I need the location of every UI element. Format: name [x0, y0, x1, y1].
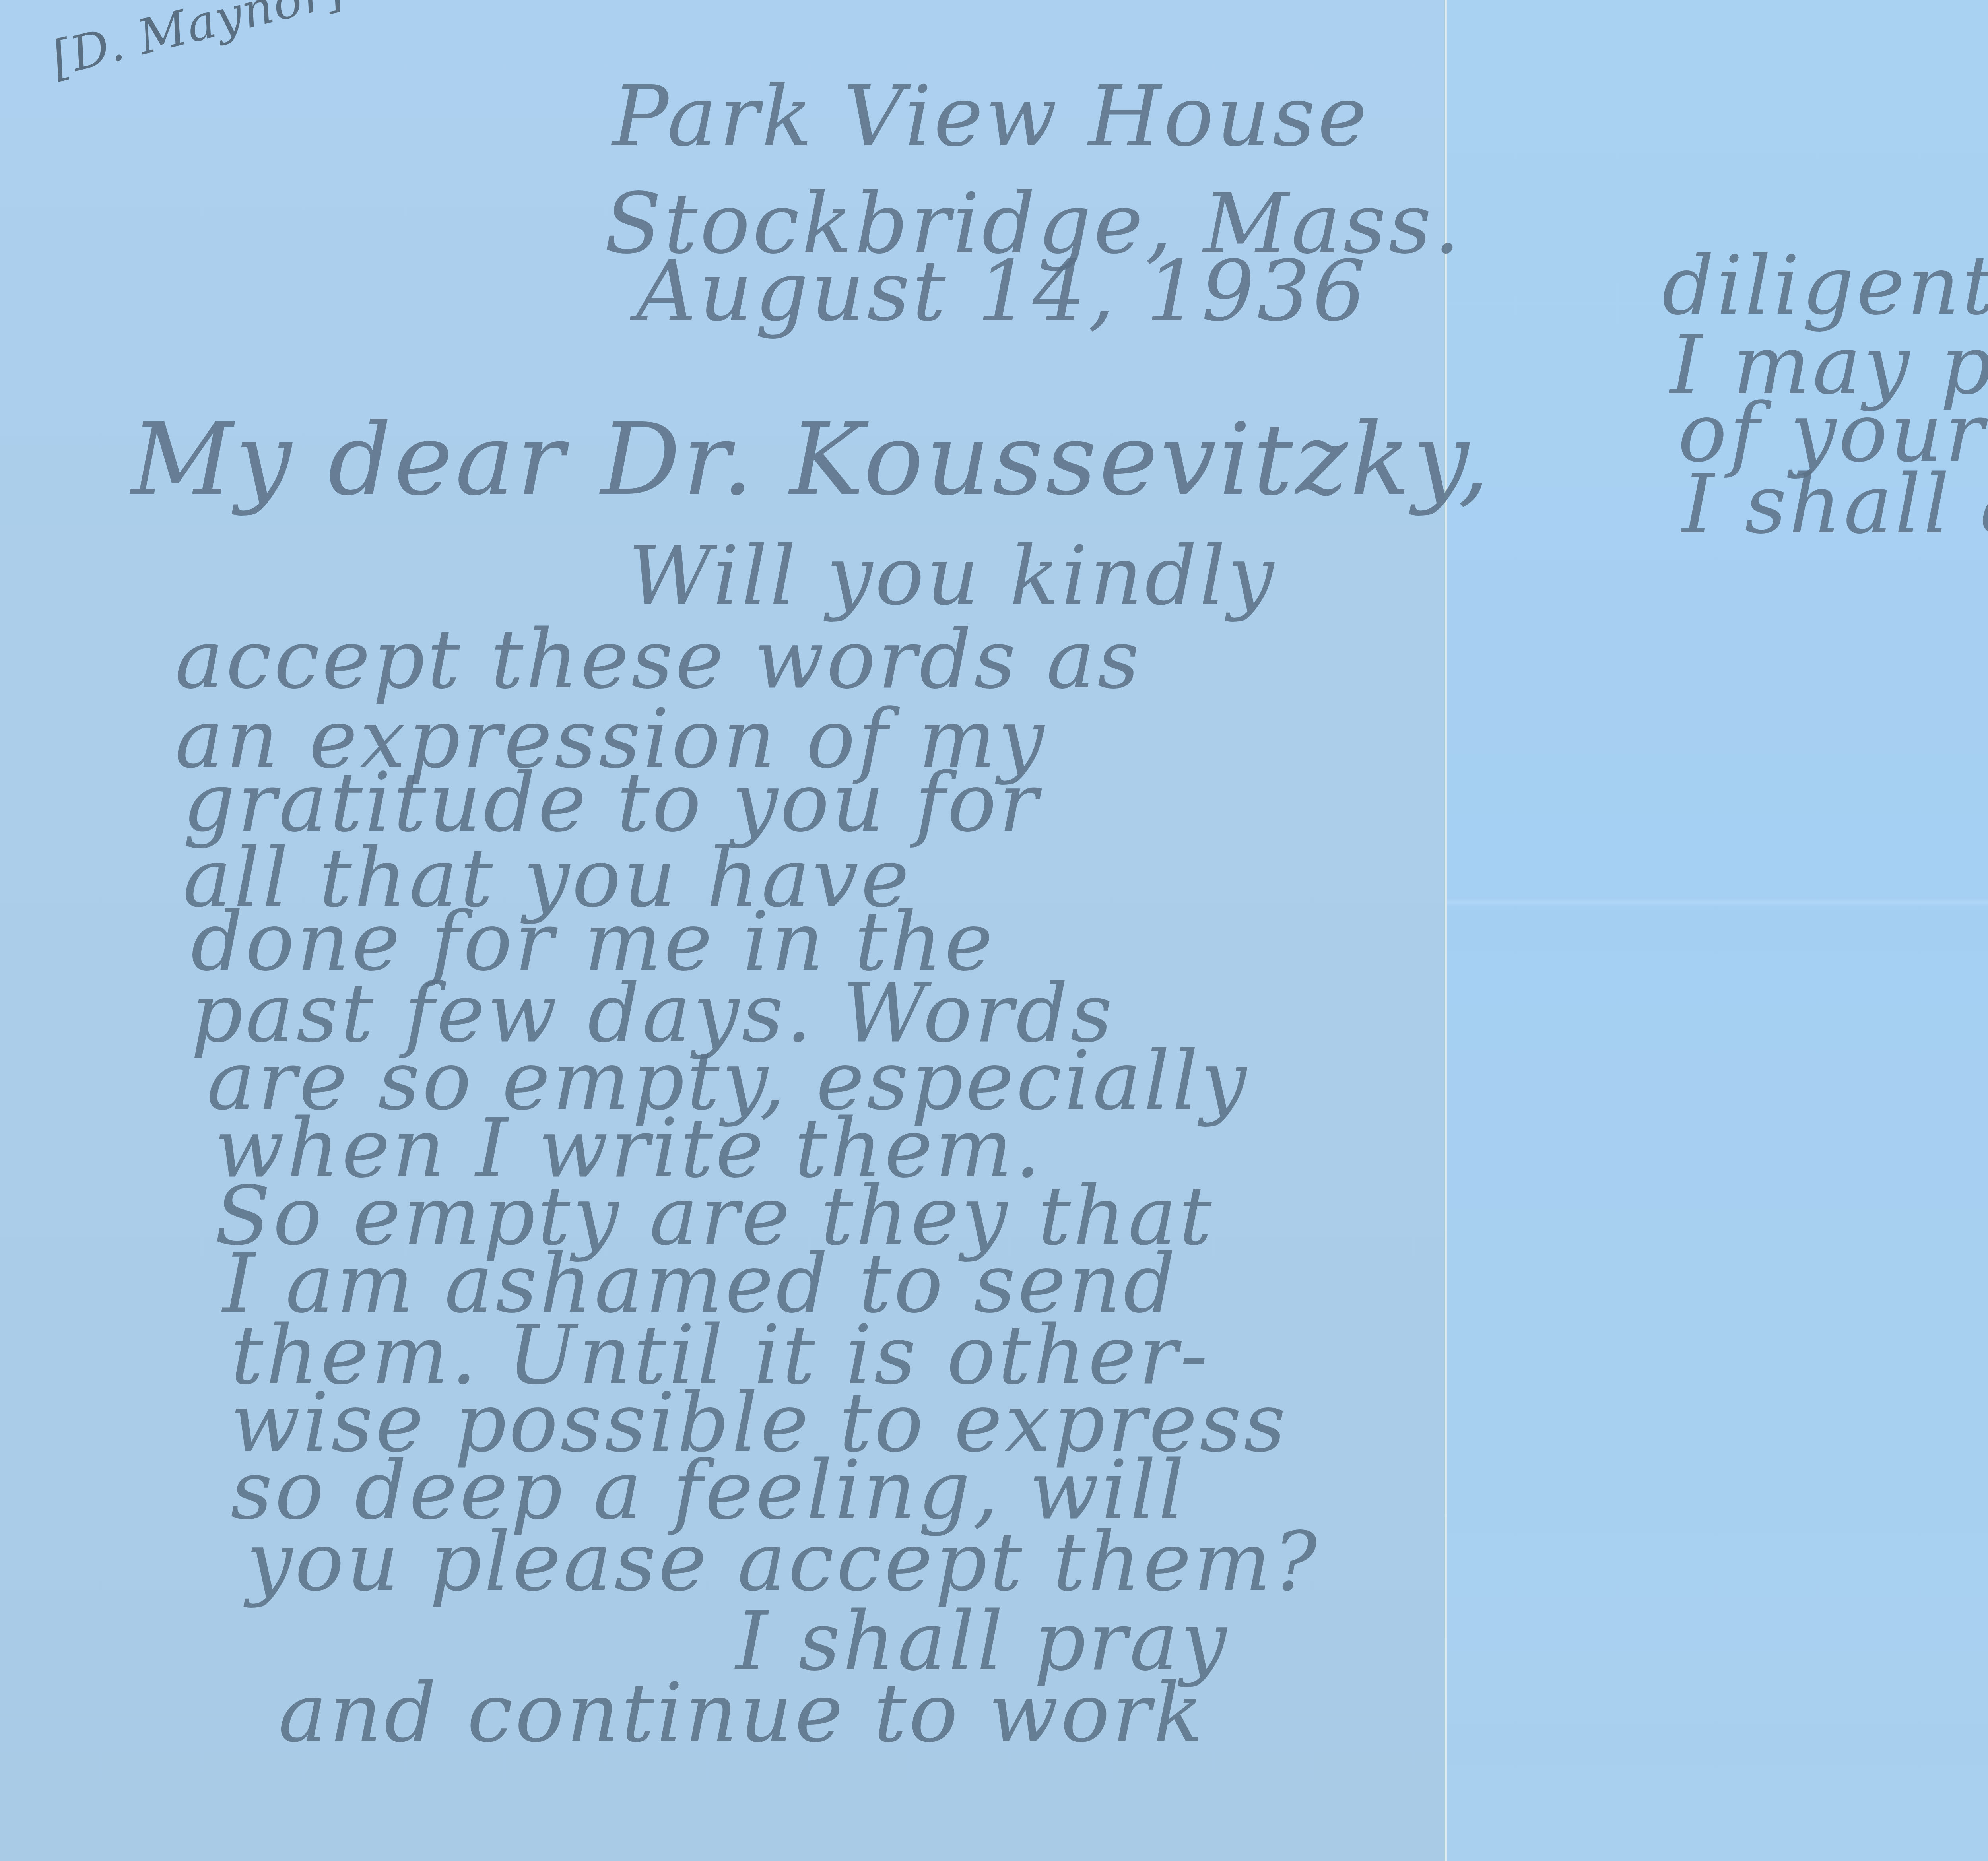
body-line: Will you kindly — [628, 529, 1276, 623]
heading-date: August 14, 1936 — [636, 243, 1368, 340]
paper-fold-line — [1447, 898, 1988, 906]
page-divider — [1444, 0, 1447, 1861]
heading-place: Park View House — [612, 68, 1369, 165]
salutation: My dear Dr. Koussevitzky, — [131, 402, 1492, 517]
body-line: and continue to work — [278, 1666, 1205, 1760]
body-line: I shall always remain — [1682, 457, 1988, 552]
